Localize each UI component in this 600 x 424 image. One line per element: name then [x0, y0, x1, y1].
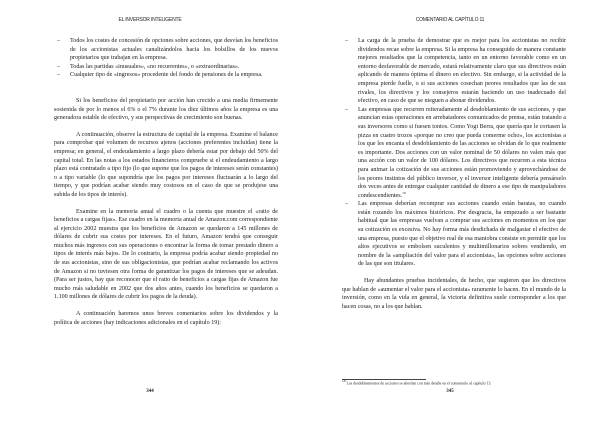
- bullet-list: La carga de la prueba de demostrar que e…: [342, 37, 566, 269]
- left-page-body: Todos los costes de concesión de opcione…: [54, 37, 278, 327]
- running-head: COMENTARIO AL CAPÍTULO 11: [300, 17, 600, 23]
- running-head: EL INVERSOR INTELIGENTE: [0, 17, 300, 23]
- list-item: Las empresas deberían recomprar sus acci…: [342, 200, 566, 269]
- paragraph: Hay abundantes pruebas incidentales, de …: [342, 277, 566, 311]
- list-item: Todas las partidas «inusuales», «no recu…: [54, 63, 278, 72]
- paragraph: Si los beneficios del propietario por ac…: [54, 97, 278, 123]
- paragraph: A continuación haremos unos breves comen…: [54, 310, 278, 327]
- list-item: La carga de la prueba de demostrar que e…: [342, 37, 566, 106]
- list-item: Las empresas que recurren reiteradamente…: [342, 106, 566, 201]
- footnote-marker[interactable]: 18: [402, 191, 406, 195]
- list-item: Cualquier tipo de «ingresos» procedente …: [54, 71, 278, 80]
- bullet-list: Todos los costes de concesión de opcione…: [54, 37, 278, 80]
- list-item-text: Las empresas que recurren reiteradamente…: [358, 107, 566, 199]
- page-number: 345: [300, 389, 600, 394]
- paragraph: A continuación, observe la estructura de…: [54, 131, 278, 200]
- paragraph: Examine en la memoria anual el cuadro o …: [54, 208, 278, 303]
- right-page: COMENTARIO AL CAPÍTULO 11 La carga de la…: [300, 0, 600, 424]
- list-item: Todos los costes de concesión de opcione…: [54, 37, 278, 63]
- right-page-body: La carga de la prueba de demostrar que e…: [342, 37, 566, 311]
- footnote-number: 18: [342, 379, 346, 383]
- page-number: 344: [0, 389, 300, 394]
- left-page: EL INVERSOR INTELIGENTE Todos los costes…: [0, 0, 300, 424]
- footnote-text: Los desdoblamientos de acciones se abord…: [346, 381, 491, 385]
- footnote-divider: [342, 379, 426, 380]
- footnote: 18 Los desdoblamientos de acciones se ab…: [342, 381, 582, 386]
